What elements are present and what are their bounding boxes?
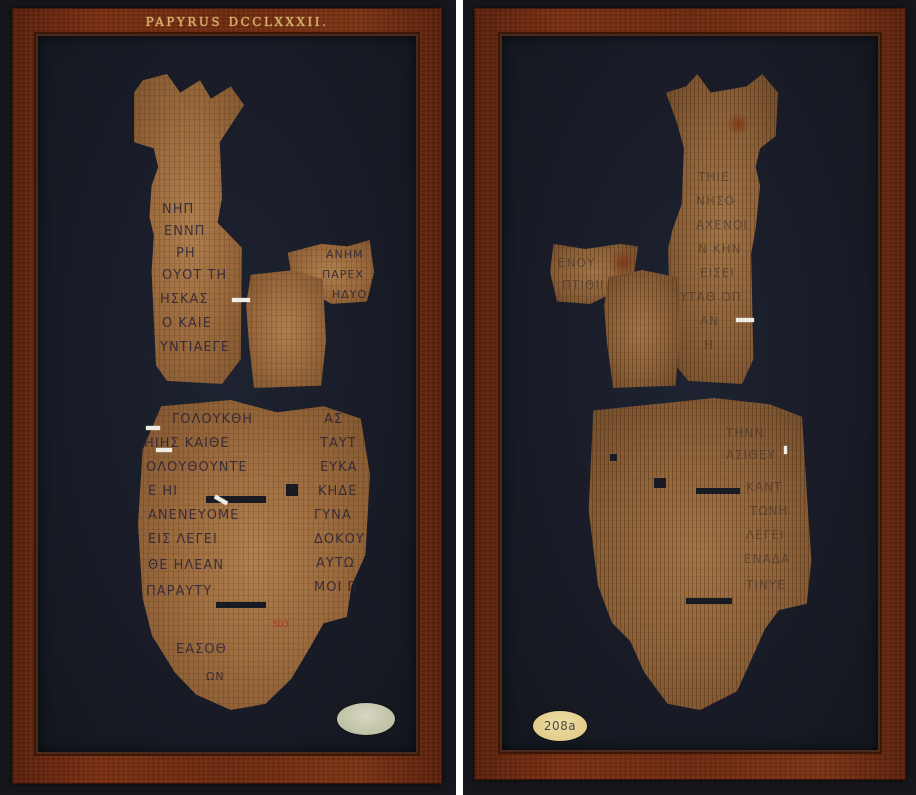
greek-text-line: ΚΑΝΤ bbox=[746, 480, 782, 494]
greek-text-line: ΤΙΝΥΕ bbox=[746, 578, 786, 592]
greek-text-line: ΤΗΙΕ bbox=[698, 170, 729, 184]
greek-text-line: ΕΥΚΑ bbox=[320, 460, 358, 475]
greek-text-line: ΗΔΥΟ bbox=[332, 288, 367, 301]
greek-text-line: Ν ΚΗΝ bbox=[698, 242, 742, 256]
recto-photo-panel: PAPYRUS DCCLXXXII. ΝΗΠ ΕΝΝΠ ΡΗ ΟΥΟΤ ΤΗ Η… bbox=[0, 0, 456, 795]
papyrus-middle-fragment bbox=[246, 270, 326, 388]
oval-tag: 208a bbox=[533, 711, 587, 741]
papyrus-hole bbox=[610, 454, 617, 461]
greek-text-line: ΑΝ bbox=[700, 314, 719, 328]
greek-text-line: ΔΟΚΟΥ bbox=[314, 532, 365, 547]
greek-text-line: ΘΕ ΗΛΕΑΝ bbox=[148, 558, 224, 573]
paper-strip bbox=[146, 426, 160, 430]
greek-text-line: ΗΣΚΑΣ bbox=[160, 292, 209, 307]
papyrus-hole bbox=[686, 598, 732, 604]
greek-text-line: ΡΗ bbox=[176, 246, 196, 261]
paper-strip bbox=[736, 318, 754, 322]
greek-text-line: ΠΤΙΘΙΙ bbox=[562, 278, 604, 292]
oval-tag-label: 208a bbox=[544, 719, 576, 733]
greek-text-line: ΟΥΟΤ ΤΗ bbox=[162, 268, 227, 283]
greek-text-line: ΑΣ bbox=[324, 412, 343, 427]
greek-text-line: ΑΣΙΘΕΥ bbox=[726, 448, 776, 462]
greek-text-line: ΕΝΑΔΑ bbox=[744, 552, 790, 566]
greek-text-line: ΤΩΝΗ bbox=[750, 504, 789, 518]
greek-text-line: ΕΙΣΕΙ bbox=[700, 266, 735, 280]
greek-text-line: ΛΕΓΕΙ bbox=[746, 528, 785, 542]
papyrus-stain bbox=[608, 248, 638, 278]
greek-text-line: ΝΗΣΟ bbox=[696, 194, 735, 208]
papyrus-hole bbox=[696, 488, 740, 494]
papyrus-hole bbox=[216, 602, 266, 608]
greek-text-line: ΟΛΟΥΘΟΥΝΤΕ bbox=[146, 460, 248, 475]
greek-text-line: Η bbox=[704, 338, 714, 352]
paper-strip bbox=[232, 298, 250, 302]
greek-text-line: Ο ΚΑΙΕ bbox=[162, 316, 212, 331]
papyrus-hole bbox=[286, 484, 298, 496]
greek-text-line: ΕΝΟΥ bbox=[558, 256, 595, 270]
papyrus-middle-fragment bbox=[604, 270, 680, 388]
greek-text-line: ΤΑΥΤ bbox=[320, 436, 357, 451]
greek-text-line: ΩΝ bbox=[206, 670, 225, 683]
greek-text-line: ΑΧΕΝΟΙ bbox=[696, 218, 748, 232]
greek-text-line: Ε ΗΙ bbox=[148, 484, 178, 499]
greek-text-line: ΥΤΑΘ ΟΠ bbox=[680, 290, 742, 304]
papyrus-hole bbox=[654, 478, 666, 488]
greek-text-line: ΕΝΝΠ bbox=[164, 224, 205, 239]
greek-text-line: ΑΝΗΜ bbox=[326, 248, 364, 261]
greek-text-line: ΓΟΛΟΥΚΘΗ bbox=[172, 412, 253, 427]
paper-strip bbox=[784, 446, 787, 454]
verso-wooden-frame: ΤΗΙΕ ΝΗΣΟ ΑΧΕΝΟΙ Ν ΚΗΝ ΕΙΣΕΙ ΥΤΑΘ ΟΠ ΑΝ … bbox=[474, 8, 906, 780]
greek-text-line: ΕΑΣΟΘ bbox=[176, 642, 227, 657]
greek-text-line: ΠΑΡΑΥΤΥ bbox=[146, 584, 212, 599]
greek-text-line: ΝΗΠ bbox=[162, 202, 194, 217]
oval-tag bbox=[337, 703, 395, 735]
greek-text-line: ΕΙΣ ΛΕΓΕΙ bbox=[148, 532, 218, 547]
greek-text-line: ΤΗΝΝ bbox=[726, 426, 764, 440]
recto-wooden-frame: PAPYRUS DCCLXXXII. ΝΗΠ ΕΝΝΠ ΡΗ ΟΥΟΤ ΤΗ Η… bbox=[12, 8, 442, 784]
greek-text-line: ΥΝΤΙΑΕΓΕ bbox=[160, 340, 230, 355]
greek-text-line: ΓΥΝΑ bbox=[314, 508, 352, 523]
frame-label: PAPYRUS DCCLXXXII. bbox=[82, 15, 392, 29]
red-inventory-number: 303 bbox=[272, 620, 289, 630]
greek-text-line: ΜΟΙ Π bbox=[314, 580, 358, 595]
greek-text-line: ΠΑΡΕΧ bbox=[322, 268, 364, 281]
papyrus-stain bbox=[726, 112, 750, 136]
greek-text-line: ΚΗΔΕ bbox=[318, 484, 357, 499]
recto-mount-board: ΝΗΠ ΕΝΝΠ ΡΗ ΟΥΟΤ ΤΗ ΗΣΚΑΣ Ο ΚΑΙΕ ΥΝΤΙΑΕΓ… bbox=[34, 32, 420, 756]
greek-text-line: ΑΝΕΝΕΥΟΜΕ bbox=[148, 508, 239, 523]
verso-mount-board: ΤΗΙΕ ΝΗΣΟ ΑΧΕΝΟΙ Ν ΚΗΝ ΕΙΣΕΙ ΥΤΑΘ ΟΠ ΑΝ … bbox=[498, 32, 882, 754]
greek-text-line: ΑΥΤΩ bbox=[316, 556, 355, 571]
verso-photo-panel: ΤΗΙΕ ΝΗΣΟ ΑΧΕΝΟΙ Ν ΚΗΝ ΕΙΣΕΙ ΥΤΑΘ ΟΠ ΑΝ … bbox=[463, 0, 916, 795]
paper-strip bbox=[156, 448, 172, 452]
